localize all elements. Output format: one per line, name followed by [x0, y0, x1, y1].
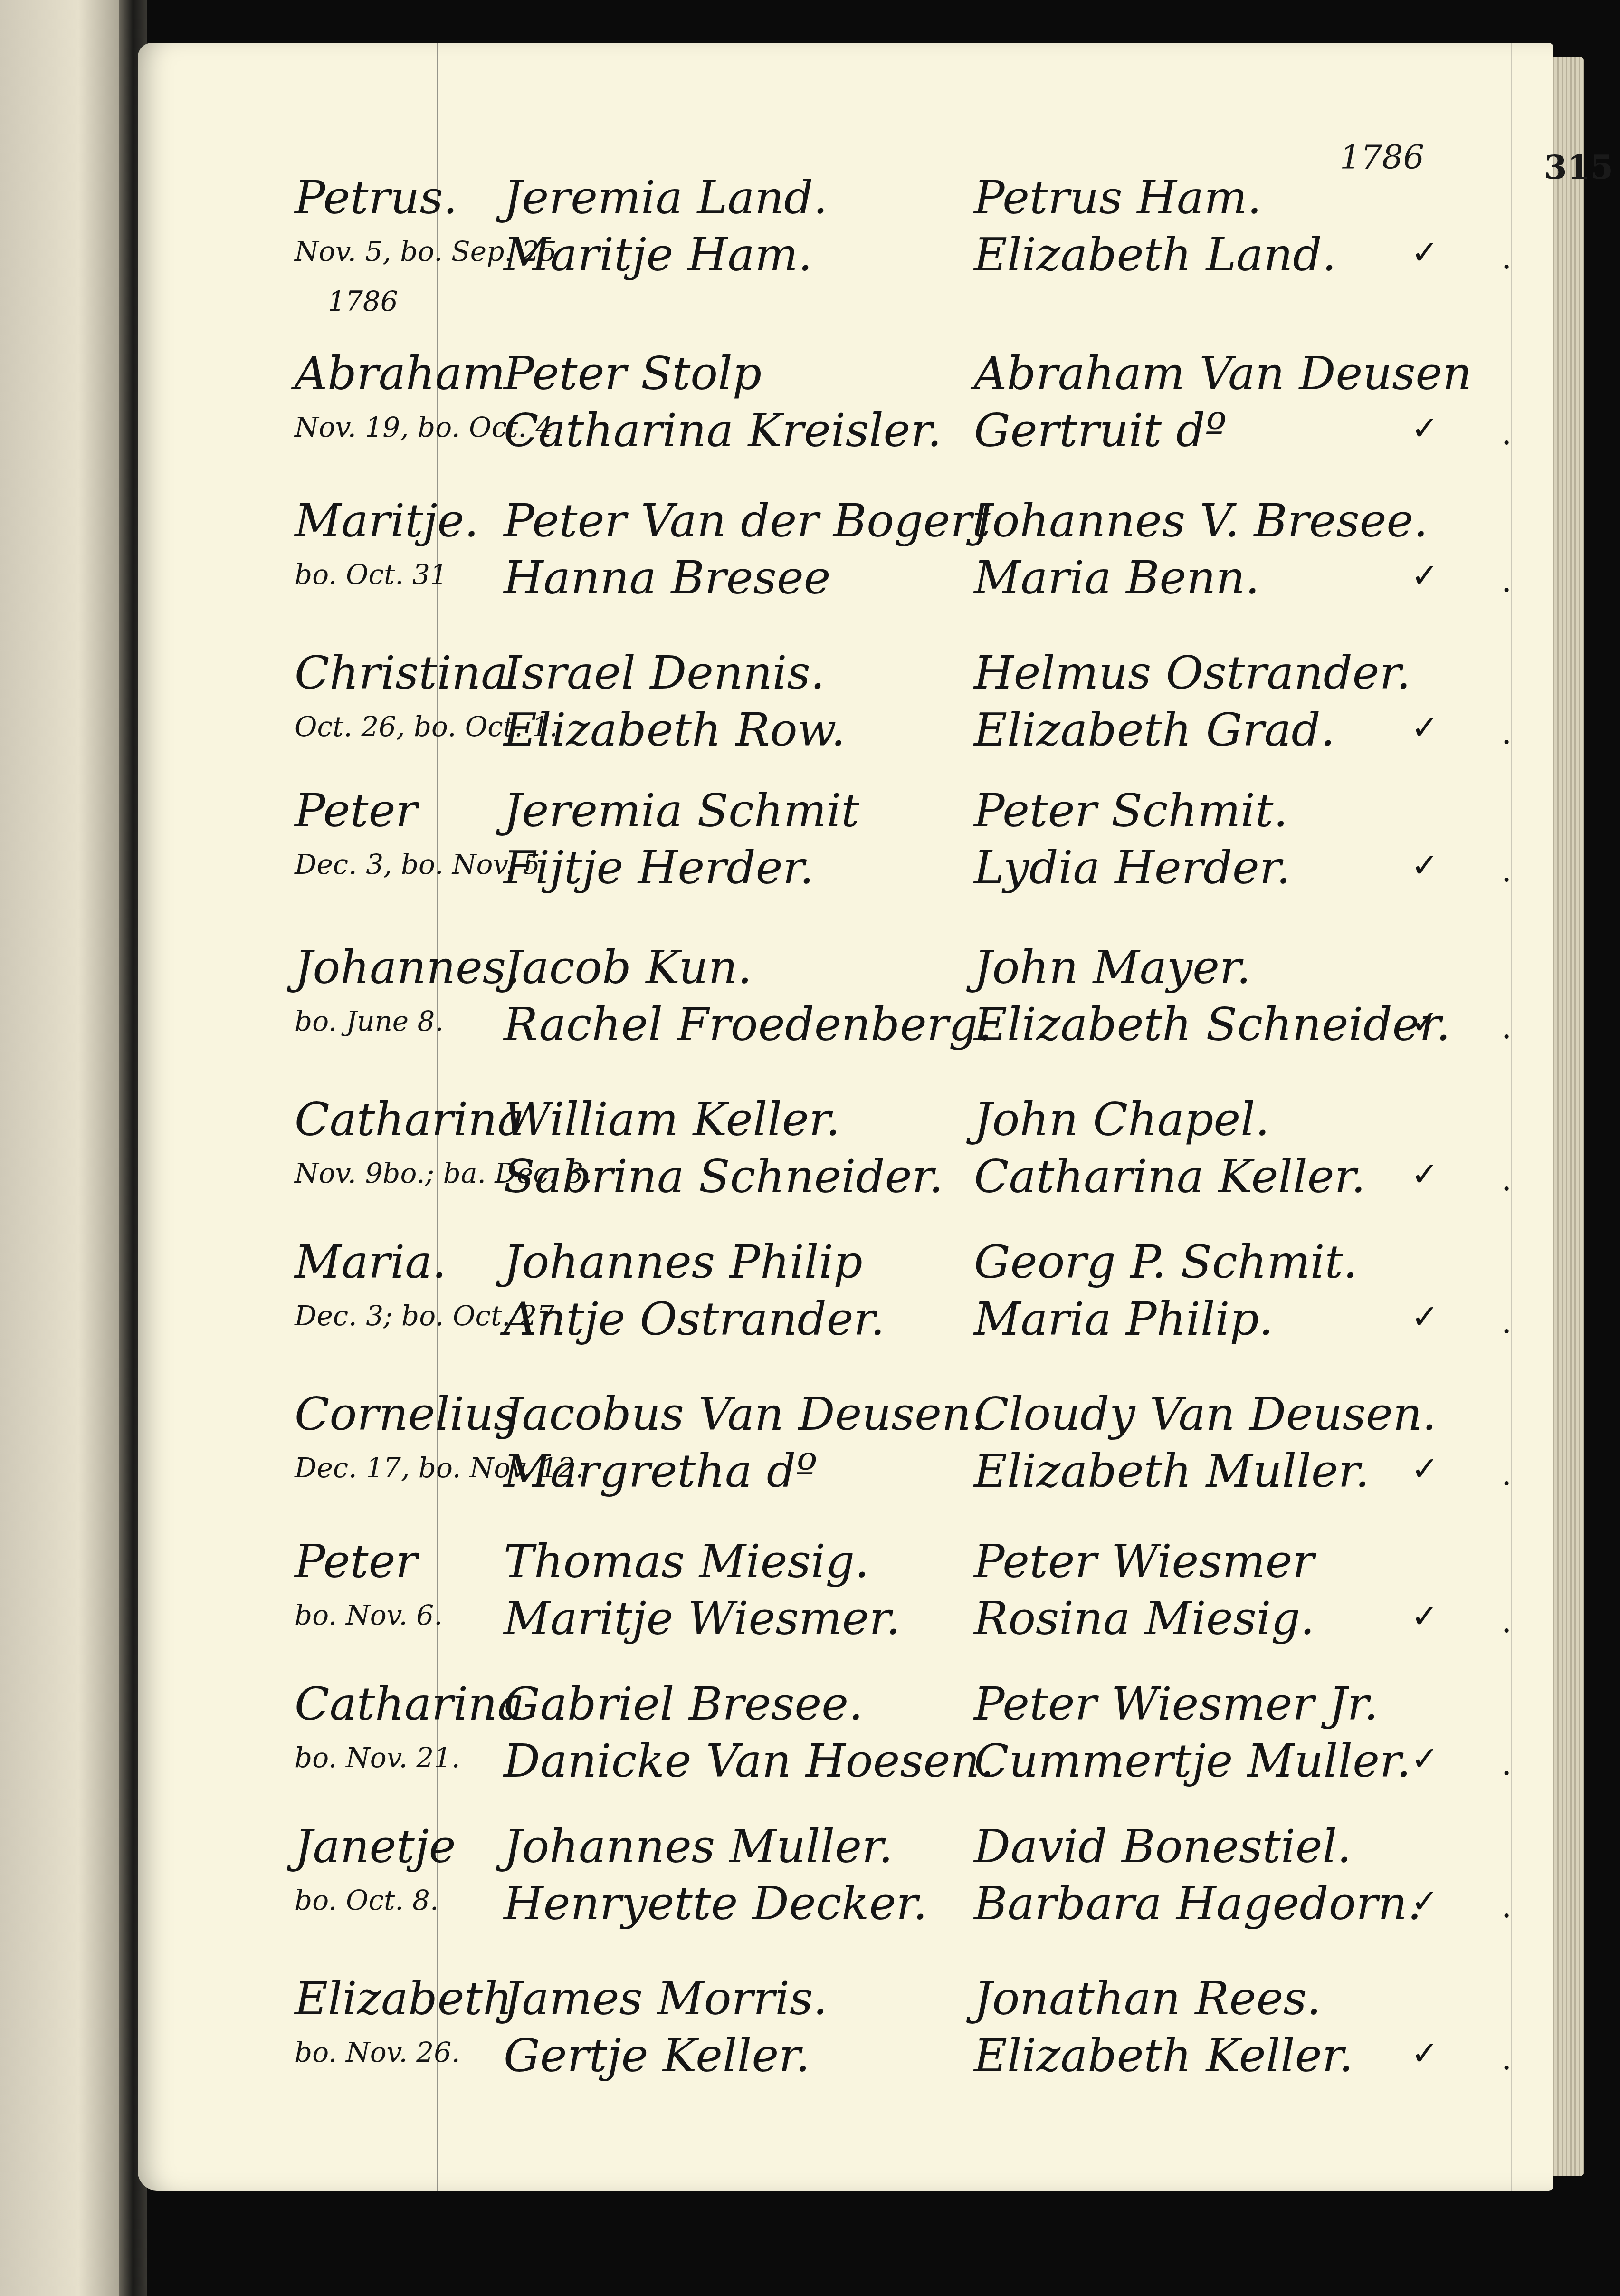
father-name: Jacob Kun. — [504, 941, 752, 994]
dot-mark: . — [1501, 1454, 1512, 1493]
check-mark-icon: ✓ — [1411, 1003, 1439, 1042]
sponsor-2: Lydia Herder. — [974, 841, 1291, 894]
dot-mark: . — [1501, 851, 1512, 890]
mother-name: Antje Ostrander. — [504, 1292, 885, 1346]
child-name: Peter — [295, 784, 417, 837]
sponsor-2: Catharina Keller. — [974, 1150, 1366, 1203]
mother-name: Elizabeth Row. — [504, 703, 846, 756]
father-name: Jeremia Schmit — [504, 784, 859, 837]
check-mark-icon: ✓ — [1411, 1882, 1439, 1921]
father-name: Peter Stolp — [504, 347, 762, 400]
father-name: Peter Van der Bogert — [504, 494, 991, 547]
sponsor-1: Cloudy Van Deusen. — [974, 1387, 1437, 1441]
check-mark-icon: ✓ — [1411, 1597, 1439, 1636]
register-entry: Maria.Dec. 3; bo. Oct. 27.Johannes Phili… — [295, 1221, 1549, 1364]
sponsor-2: Maria Philip. — [974, 1292, 1273, 1346]
sponsor-2: Elizabeth Muller. — [974, 1445, 1370, 1498]
mother-name: Gertje Keller. — [504, 2029, 810, 2082]
sponsor-2: Elizabeth Schneider. — [974, 998, 1450, 1051]
sponsor-1: Peter Wiesmer Jr. — [974, 1677, 1378, 1731]
child-name: Catharina — [295, 1677, 524, 1731]
check-mark-icon: ✓ — [1411, 708, 1439, 747]
sponsor-2: Maria Benn. — [974, 551, 1259, 604]
sponsor-2: Elizabeth Keller. — [974, 2029, 1353, 2082]
child-name: Catharina — [295, 1093, 524, 1146]
check-mark-icon: ✓ — [1411, 846, 1439, 885]
baptism-date: bo. Nov. 6. — [295, 1599, 443, 1631]
sponsor-1: Petrus Ham. — [974, 171, 1262, 224]
dot-mark: . — [1501, 1601, 1512, 1640]
check-mark-icon: ✓ — [1411, 1449, 1439, 1488]
register-entry: AbrahamNov. 19, bo. Oct. 4.Peter StolpCa… — [295, 333, 1549, 475]
child-name: Elizabeth — [295, 1972, 512, 2025]
father-name: Jacobus Van Deusen. — [504, 1387, 985, 1441]
baptism-date: bo. Nov. 21. — [295, 1741, 460, 1774]
mother-name: Maritje Wiesmer. — [504, 1592, 900, 1645]
dot-mark: . — [1501, 1007, 1512, 1046]
sponsor-1: Johannes V. Bresee. — [974, 494, 1428, 547]
sponsor-1: David Bonestiel. — [974, 1820, 1352, 1873]
mother-name: Sabrina Schneider. — [504, 1150, 943, 1203]
dot-mark: . — [1501, 1302, 1512, 1341]
baptism-date: bo. June 8. — [295, 1005, 444, 1037]
baptism-date: bo. Oct. 31 — [295, 558, 448, 591]
sponsor-1: Peter Schmit. — [974, 784, 1288, 837]
dot-mark: . — [1501, 413, 1512, 452]
mother-name: Hanna Bresee — [504, 551, 831, 604]
baptism-date: bo. Nov. 26. — [295, 2036, 460, 2068]
father-name: William Keller. — [504, 1093, 840, 1146]
dot-mark: . — [1501, 561, 1512, 600]
register-entry: CatharinaNov. 9bo.; ba. Dec. 3.William K… — [295, 1079, 1549, 1221]
sponsor-1: John Chapel. — [974, 1093, 1269, 1146]
father-name: Jeremia Land. — [504, 171, 828, 224]
register-entry: Johannes.bo. June 8.Jacob Kun.Rachel Fro… — [295, 927, 1549, 1069]
child-name: Janetje — [295, 1820, 456, 1873]
check-mark-icon: ✓ — [1411, 2034, 1439, 2073]
child-name: Petrus. — [295, 171, 457, 224]
check-mark-icon: ✓ — [1411, 1739, 1439, 1778]
child-name: Maria. — [295, 1235, 447, 1289]
dot-mark: . — [1501, 1159, 1512, 1198]
register-entry: Catharinabo. Nov. 21.Gabriel Bresee.Dani… — [295, 1663, 1549, 1806]
sponsor-1: Abraham Van Deusen — [974, 347, 1472, 400]
mother-name: Fijtje Herder. — [504, 841, 814, 894]
child-name: Abraham — [295, 347, 505, 400]
child-name: Maritje. — [295, 494, 479, 547]
sponsor-1: Jonathan Rees. — [974, 1972, 1321, 2025]
sponsor-2: Elizabeth Grad. — [974, 703, 1335, 756]
father-name: Gabriel Bresee. — [504, 1677, 863, 1731]
dot-mark: . — [1501, 2038, 1512, 2077]
register-entry: Petrus.Nov. 5, bo. Sep. 25Jeremia Land.M… — [295, 157, 1549, 299]
sponsor-2: Elizabeth Land. — [974, 228, 1336, 281]
dot-mark: . — [1501, 1744, 1512, 1783]
register-entry: ChristinaOct. 26, bo. Oct. 1.Israel Denn… — [295, 632, 1549, 775]
father-name: Johannes Philip — [504, 1235, 863, 1289]
child-name: Peter — [295, 1535, 417, 1588]
father-name: Thomas Miesig. — [504, 1535, 869, 1588]
baptism-date: bo. Oct. 8. — [295, 1884, 438, 1916]
register-entry: Peterbo. Nov. 6.Thomas Miesig.Maritje Wi… — [295, 1521, 1549, 1663]
child-name: Johannes. — [295, 941, 521, 994]
dot-mark: . — [1501, 1886, 1512, 1925]
mother-name: Maritje Ham. — [504, 228, 812, 281]
father-name: Johannes Muller. — [504, 1820, 893, 1873]
sponsor-2: Cummertje Muller. — [974, 1734, 1411, 1788]
register-entry: CorneliusDec. 17, bo. Nov. 12.Jacobus Va… — [295, 1373, 1549, 1516]
check-mark-icon: ✓ — [1411, 233, 1439, 272]
page-number: 315 — [1544, 147, 1613, 187]
dot-mark: . — [1501, 713, 1512, 752]
mother-name: Henryette Decker. — [504, 1877, 927, 1930]
sponsor-1: John Mayer. — [974, 941, 1251, 994]
father-name: James Morris. — [504, 1972, 828, 2025]
mother-name: Margretha dº — [504, 1445, 817, 1498]
mother-name: Danicke Van Hoesen. — [504, 1734, 994, 1788]
register-entry: Janetjebo. Oct. 8.Johannes Muller.Henrye… — [295, 1806, 1549, 1948]
check-mark-icon: ✓ — [1411, 409, 1439, 448]
year-note: 1786 — [328, 285, 398, 317]
register-entry: Elizabethbo. Nov. 26.James Morris.Gertje… — [295, 1958, 1549, 2100]
check-mark-icon: ✓ — [1411, 556, 1439, 595]
sponsor-2: Gertruit dº — [974, 404, 1227, 457]
father-name: Israel Dennis. — [504, 646, 825, 699]
child-name: Christina — [295, 646, 508, 699]
sponsor-1: Helmus Ostrander. — [974, 646, 1411, 699]
check-mark-icon: ✓ — [1411, 1297, 1439, 1336]
check-mark-icon: ✓ — [1411, 1155, 1439, 1194]
register-entry: PeterDec. 3, bo. Nov. 5Jeremia SchmitFij… — [295, 770, 1549, 912]
child-name: Cornelius — [295, 1387, 517, 1441]
sponsor-2: Barbara Hagedorn. — [974, 1877, 1422, 1930]
sponsor-1: Peter Wiesmer — [974, 1535, 1314, 1588]
register-entry: Maritje.bo. Oct. 31Peter Van der BogertH… — [295, 480, 1549, 622]
dot-mark: . — [1501, 238, 1512, 277]
mother-name: Rachel Froedenberg. — [504, 998, 992, 1051]
mother-name: Catharina Kreisler. — [504, 404, 942, 457]
sponsor-2: Rosina Miesig. — [974, 1592, 1315, 1645]
sponsor-1: Georg P. Schmit. — [974, 1235, 1358, 1289]
